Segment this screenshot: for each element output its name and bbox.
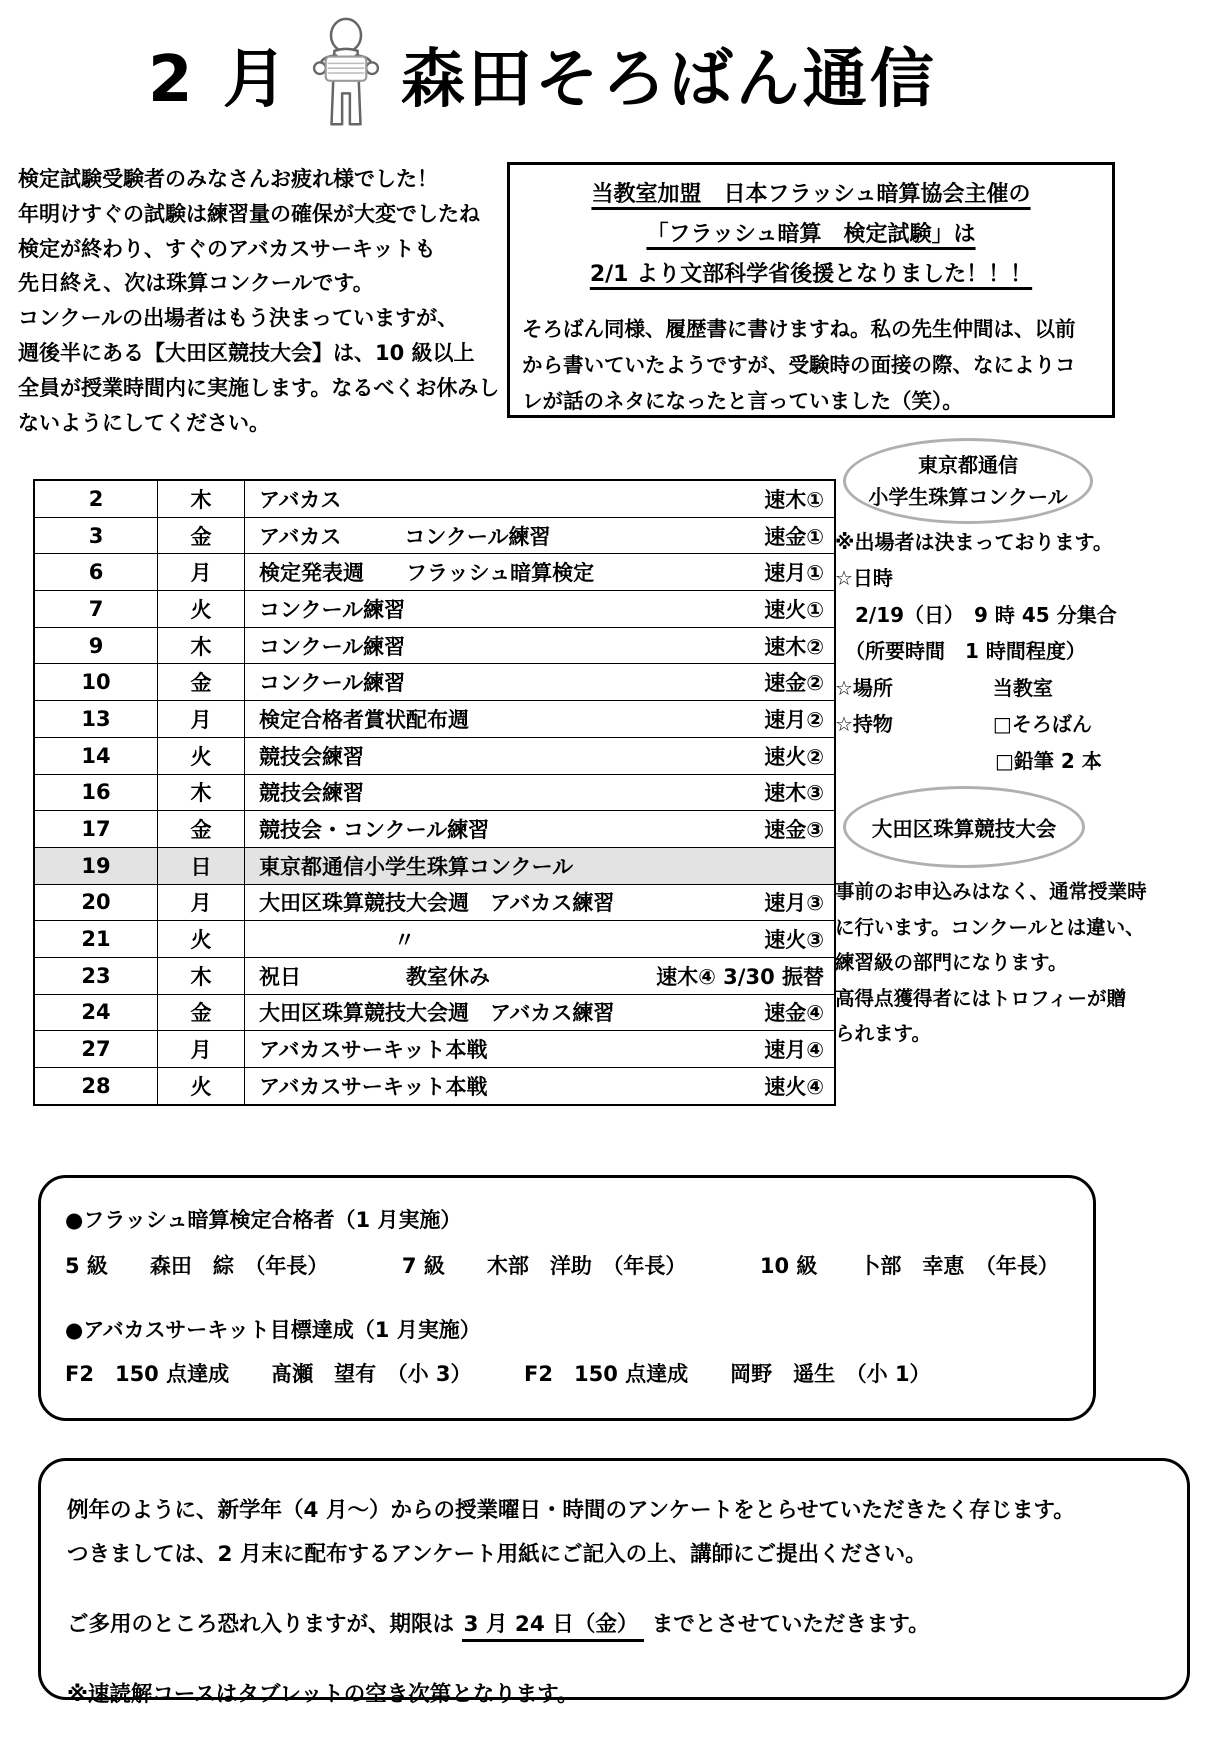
contest2-detail-line: られます。: [835, 1016, 1147, 1052]
schedule-content: アバカスサーキット本戦: [259, 1034, 487, 1064]
schedule-date: 23: [34, 957, 158, 994]
contest2-detail-line: 高得点獲得者にはトロフィーが贈: [835, 981, 1147, 1017]
contest1-note: ※出場者は決まっております。: [835, 526, 1113, 555]
schedule-speed-label: 速木①: [764, 484, 824, 514]
schedule-date: 19: [34, 847, 158, 884]
schedule-speed-label: 速木②: [764, 631, 824, 661]
schedule-date: 6: [34, 554, 158, 591]
schedule-content-cell: 東京都通信小学生珠算コンクール: [245, 847, 836, 884]
schedule-day: 金: [158, 517, 245, 554]
schedule-table-body: 2木アバカス速木① 3金アバカス コンクール練習速金① 6月検定発表週 フラッシ…: [34, 480, 835, 1105]
schedule-content-cell: アバカス コンクール練習速金①: [245, 517, 836, 554]
schedule-speed-label: 速火①: [764, 594, 824, 624]
contest2-oval: 大田区珠算競技大会: [843, 786, 1085, 868]
results-box: ●フラッシュ暗算検定合格者（1 月実施） 5 級 森田 綜 （年長） 7 級 木…: [38, 1175, 1096, 1421]
intro-line: 全員が授業時間内に実施します。なるべくお休みし: [18, 371, 510, 406]
schedule-content-cell: アバカスサーキット本戦速月④: [245, 1031, 836, 1068]
intro-line: 検定試験受験者のみなさんお疲れ様でした！: [18, 162, 510, 197]
schedule-date: 10: [34, 664, 158, 701]
contest1-detail-line: （所要時間 1 時間程度）: [835, 633, 1117, 670]
table-row-highlighted: 19日東京都通信小学生珠算コンクール: [34, 847, 835, 884]
intro-line: 先日終え、次は珠算コンクールです。: [18, 266, 510, 301]
schedule-day: 火: [158, 591, 245, 628]
table-row: 9木コンクール練習速木②: [34, 627, 835, 664]
schedule-content-cell: コンクール練習速火①: [245, 591, 836, 628]
schedule-speed-label: 速火③: [764, 924, 824, 954]
schedule-date: 17: [34, 811, 158, 848]
schedule-content: 検定合格者賞状配布週: [259, 704, 469, 734]
schedule-day: 火: [158, 921, 245, 958]
schedule-date: 21: [34, 921, 158, 958]
schedule-content: アバカス: [259, 484, 341, 514]
schedule-day: 木: [158, 480, 245, 517]
schedule-content: アバカスサーキット本戦: [259, 1071, 487, 1101]
schedule-content: コンクール練習: [259, 667, 405, 697]
table-row: 20月大田区珠算競技大会週 アバカス練習速月③: [34, 884, 835, 921]
announcement-body-line: そろばん同様、履歴書に書けますね。私の先生仲間は、以前: [522, 311, 1100, 347]
contest2-detail-line: 練習級の部門になります。: [835, 945, 1147, 981]
contest1-detail-line: □鉛筆 2 本: [835, 743, 1117, 780]
schedule-day: 火: [158, 737, 245, 774]
intro-paragraph: 検定試験受験者のみなさんお疲れ様でした！ 年明けすぐの試験は練習量の確保が大変で…: [18, 162, 510, 440]
table-row: 3金アバカス コンクール練習速金①: [34, 517, 835, 554]
schedule-speed-label: 速月②: [764, 704, 824, 734]
table-row: 10金コンクール練習速金②: [34, 664, 835, 701]
schedule-speed-label: 速金③: [764, 814, 824, 844]
table-row: 23木祝日 教室休み速木④ 3/30 振替: [34, 957, 835, 994]
schedule-day: 日: [158, 847, 245, 884]
schedule-day: 月: [158, 884, 245, 921]
contest1-oval-line2: 小学生珠算コンクール: [868, 481, 1067, 513]
contest2-detail-line: 事前のお申込みはなく、通常授業時: [835, 874, 1147, 910]
survey-deadline-date: 3 月 24 日（金）: [462, 1612, 645, 1642]
schedule-date: 14: [34, 737, 158, 774]
schedule-day: 木: [158, 774, 245, 811]
intro-line: 年明けすぐの試験は練習量の確保が大変でしたね: [18, 197, 510, 232]
schedule-day: 金: [158, 994, 245, 1031]
schedule-content: 東京都通信小学生珠算コンクール: [259, 851, 573, 881]
contest2-details: 事前のお申込みはなく、通常授業時 に行います。コンクールとは違い、 練習級の部門…: [835, 874, 1147, 1052]
newsletter-header: 2 月 森田そろばん通信: [148, 16, 937, 132]
schedule-content-cell: コンクール練習速木②: [245, 627, 836, 664]
announcement-heading-line: 2/1 より文部科学省後援となりました！！！: [590, 262, 1032, 287]
intro-line: コンクールの出場者はもう決まっていますが、: [18, 301, 510, 336]
table-row: 7火コンクール練習速火①: [34, 591, 835, 628]
table-row: 21火〃速火③: [34, 921, 835, 958]
schedule-day: 月: [158, 701, 245, 738]
schedule-content: 競技会・コンクール練習: [259, 814, 489, 844]
survey-deadline-suffix: までとさせていただきます。: [644, 1612, 929, 1637]
schedule-content-cell: 〃速火③: [245, 921, 836, 958]
schedule-content-cell: コンクール練習速金②: [245, 664, 836, 701]
survey-line2: つきましては、2 月末に配布するアンケート用紙にご記入の上、講師にご提出ください…: [67, 1533, 1161, 1577]
schedule-content: 祝日 教室休み: [259, 961, 490, 991]
schedule-date: 24: [34, 994, 158, 1031]
schedule-content: 大田区珠算競技大会週 アバカス練習: [259, 997, 614, 1027]
schedule-content-cell: 祝日 教室休み速木④ 3/30 振替: [245, 957, 836, 994]
schedule-speed-label: 速月③: [764, 887, 824, 917]
schedule-day: 金: [158, 664, 245, 701]
abacus-circuit-results-line: F2 150 点達成 髙瀬 望有 （小 3） F2 150 点達成 岡野 遥生 …: [65, 1358, 1069, 1388]
schedule-content: 検定発表週 フラッシュ暗算検定: [259, 557, 594, 587]
schedule-speed-label: 速火②: [764, 741, 824, 771]
schedule-date: 13: [34, 701, 158, 738]
schedule-content: アバカス コンクール練習: [259, 521, 550, 551]
schedule-speed-label: 速金④: [764, 997, 824, 1027]
contest1-details: ☆日時 2/19（日） 9 時 45 分集合 （所要時間 1 時間程度） ☆場所…: [835, 560, 1117, 779]
intro-line: 検定が終わり、すぐのアバカスサーキットも: [18, 232, 510, 267]
schedule-speed-label: 速火④: [764, 1071, 824, 1101]
schedule-day: 木: [158, 957, 245, 994]
schedule-date: 9: [34, 627, 158, 664]
schedule-date: 20: [34, 884, 158, 921]
schedule-content-cell: アバカスサーキット本戦速火④: [245, 1068, 836, 1105]
title-month: 2 月: [148, 28, 291, 120]
table-row: 2木アバカス速木①: [34, 480, 835, 517]
schedule-day: 火: [158, 1068, 245, 1105]
schedule-content: コンクール練習: [259, 631, 405, 661]
survey-deadline-prefix: ご多用のところ恐れ入りますが、期限は: [67, 1612, 462, 1637]
schedule-date: 7: [34, 591, 158, 628]
schedule-content-cell: 大田区珠算競技大会週 アバカス練習速金④: [245, 994, 836, 1031]
schedule-content-cell: 大田区珠算競技大会週 アバカス練習速月③: [245, 884, 836, 921]
table-row: 24金大田区珠算競技大会週 アバカス練習速金④: [34, 994, 835, 1031]
contest1-oval: 東京都通信 小学生珠算コンクール: [843, 438, 1093, 524]
announcement-body-line: レが話のネタになったと言っていました（笑）。: [522, 383, 1100, 419]
announcement-heading: 当教室加盟 日本フラッシュ暗算協会主催の 「フラッシュ暗算 検定試験」は 2/1…: [522, 175, 1100, 295]
schedule-day: 木: [158, 627, 245, 664]
survey-box: 例年のように、新学年（4 月～）からの授業曜日・時間のアンケートをとらせていただ…: [38, 1458, 1190, 1700]
schedule-content-cell: 競技会練習速木③: [245, 774, 836, 811]
schedule-content-ditto: 〃: [259, 924, 415, 954]
table-row: 17金競技会・コンクール練習速金③: [34, 811, 835, 848]
schedule-content: 競技会練習: [259, 777, 364, 807]
schedule-content-cell: 競技会・コンクール練習速金③: [245, 811, 836, 848]
announcement-body: そろばん同様、履歴書に書けますね。私の先生仲間は、以前 から書いていたようですが…: [522, 311, 1100, 419]
announcement-body-line: から書いていたようですが、受験時の面接の際、なによりコ: [522, 347, 1100, 383]
table-row: 27月アバカスサーキット本戦速月④: [34, 1031, 835, 1068]
contest2-oval-title: 大田区珠算競技大会: [872, 812, 1057, 842]
title-newsletter-name: 森田そろばん通信: [401, 28, 937, 120]
schedule-speed-label: 速月④: [764, 1034, 824, 1064]
intro-line: ないようにしてください。: [18, 406, 510, 441]
contest1-detail-line: ☆日時: [835, 560, 1117, 597]
flash-anzan-results-title: ●フラッシュ暗算検定合格者（1 月実施）: [65, 1204, 1069, 1234]
schedule-speed-label: 速木④ 3/30 振替: [656, 961, 824, 991]
schedule-date: 27: [34, 1031, 158, 1068]
contest1-detail-line: 2/19（日） 9 時 45 分集合: [835, 597, 1117, 634]
schedule-content: 大田区珠算競技大会週 アバカス練習: [259, 887, 614, 917]
mascot-abacus-icon: [297, 16, 395, 132]
schedule-day: 月: [158, 554, 245, 591]
schedule-date: 28: [34, 1068, 158, 1105]
announcement-heading-line: 「フラッシュ暗算 検定試験」は: [646, 222, 975, 247]
survey-deadline-line: ご多用のところ恐れ入りますが、期限は 3 月 24 日（金） までとさせていただ…: [67, 1603, 1161, 1647]
survey-line1: 例年のように、新学年（4 月～）からの授業曜日・時間のアンケートをとらせていただ…: [67, 1489, 1161, 1533]
schedule-date: 3: [34, 517, 158, 554]
results-gap: [65, 1280, 1069, 1314]
table-row: 16木競技会練習速木③: [34, 774, 835, 811]
schedule-content-cell: 検定発表週 フラッシュ暗算検定速月①: [245, 554, 836, 591]
schedule-speed-label: 速金②: [764, 667, 824, 697]
announcement-box: 当教室加盟 日本フラッシュ暗算協会主催の 「フラッシュ暗算 検定試験」は 2/1…: [507, 162, 1115, 418]
schedule-day: 金: [158, 811, 245, 848]
table-row: 14火競技会練習速火②: [34, 737, 835, 774]
flash-anzan-results-line: 5 級 森田 綜 （年長） 7 級 木部 洋助 （年長） 10 級 卜部 幸恵 …: [65, 1250, 1069, 1280]
contest1-detail-line: ☆場所 当教室: [835, 670, 1117, 707]
schedule-content-cell: アバカス速木①: [245, 480, 836, 517]
schedule-content-cell: 競技会練習速火②: [245, 737, 836, 774]
contest1-oval-line1: 東京都通信: [918, 449, 1018, 481]
schedule-speed-label: 速木③: [764, 777, 824, 807]
schedule-content: コンクール練習: [259, 594, 405, 624]
schedule-content-cell: 検定合格者賞状配布週速月②: [245, 701, 836, 738]
survey-note: ※速読解コースはタブレットの空き次第となります。: [67, 1673, 1161, 1717]
table-row: 6月検定発表週 フラッシュ暗算検定速月①: [34, 554, 835, 591]
intro-line: 週後半にある【大田区競技大会】は、10 級以上: [18, 336, 510, 371]
abacus-circuit-results-title: ●アバカスサーキット目標達成（1 月実施）: [65, 1314, 1069, 1344]
schedule-date: 16: [34, 774, 158, 811]
schedule-day: 月: [158, 1031, 245, 1068]
table-row: 28火アバカスサーキット本戦速火④: [34, 1068, 835, 1105]
announcement-heading-line: 当教室加盟 日本フラッシュ暗算協会主催の: [591, 182, 1030, 207]
table-row: 13月検定合格者賞状配布週速月②: [34, 701, 835, 738]
schedule-table: 2木アバカス速木① 3金アバカス コンクール練習速金① 6月検定発表週 フラッシ…: [33, 479, 836, 1106]
contest1-detail-line: ☆持物 □そろばん: [835, 706, 1117, 743]
schedule-speed-label: 速月①: [764, 557, 824, 587]
schedule-content: 競技会練習: [259, 741, 364, 771]
schedule-date: 2: [34, 480, 158, 517]
schedule-speed-label: 速金①: [764, 521, 824, 551]
contest2-detail-line: に行います。コンクールとは違い、: [835, 910, 1147, 946]
